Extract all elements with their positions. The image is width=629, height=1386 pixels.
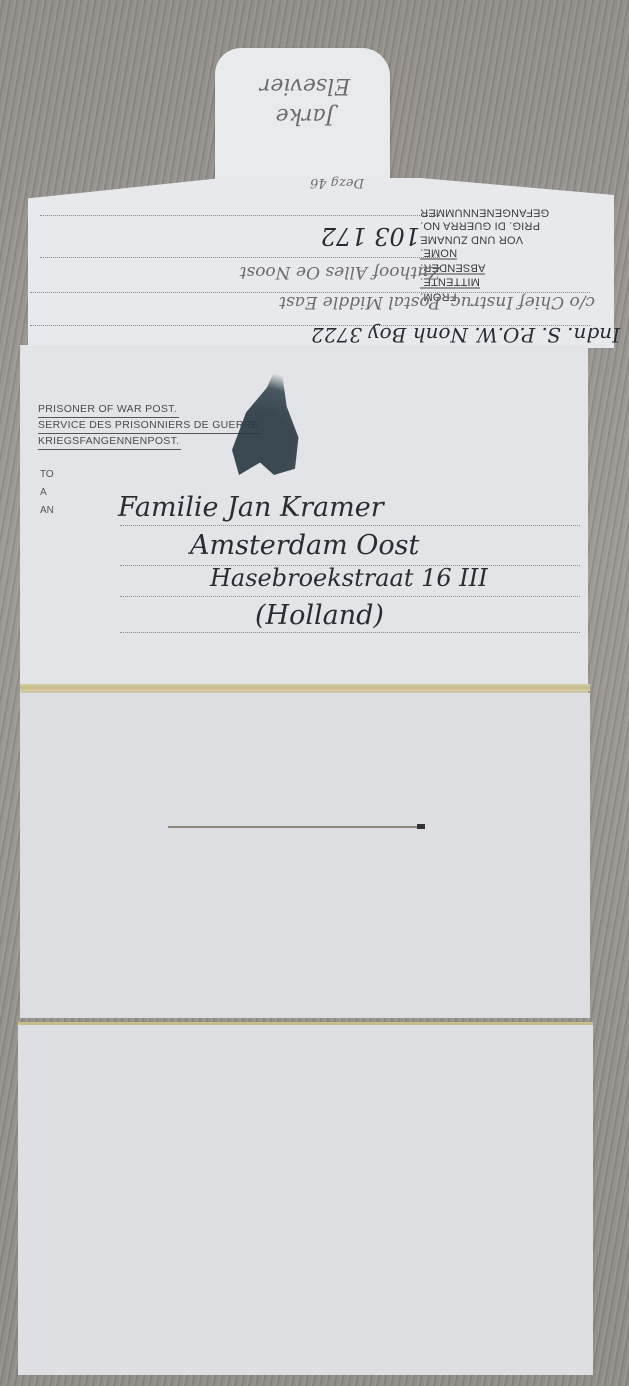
to-labels: TO A AN (40, 466, 54, 520)
sender-handwriting-line1: Indn. S. P.O.W. Nonh Boy 3722 (60, 323, 620, 347)
flap-pencil-note: Jarke Elsevier (230, 70, 380, 130)
sender-handwriting-line3: Zuthoof Alles Oe Noost (60, 262, 440, 282)
label-prig-di-guerra: PRIG. DI GUERRA NO. (420, 220, 540, 232)
label-a: A (40, 484, 54, 502)
dotted-rule (40, 257, 440, 258)
label-gefangenennummer: GEFANGENENNUMMER (420, 207, 549, 219)
dotted-rule (120, 525, 580, 526)
header-french: SERVICE DES PRISONNIERS DE GUERRE (38, 418, 261, 434)
sender-form-labels: FROM. MITTENTE. ABSENDER. NOME. VOR UND … (420, 205, 610, 303)
label-vor-und-zuname: VOR UND ZUNAME (420, 234, 523, 246)
date-note: Dezg 46 (310, 175, 364, 190)
prisoner-number: 103 172 (120, 222, 420, 250)
bottom-panel (18, 1022, 593, 1375)
header-german: KRIEGSFANGENNENPOST. (38, 434, 181, 450)
flap-note-line1: Jarke (230, 100, 380, 130)
recipient-line1: Familie Jan Kramer (118, 492, 384, 523)
label-nome: NOME. (420, 246, 457, 261)
inner-panel (20, 693, 590, 1018)
cut-slit (168, 826, 423, 828)
dotted-rule (120, 632, 580, 633)
recipient-line2: Amsterdam Oost (190, 530, 419, 561)
label-an: AN (40, 502, 54, 520)
dotted-rule (40, 215, 440, 216)
flap-note-line2: Elsevier (230, 70, 380, 100)
fold-crease (20, 684, 590, 691)
header-english: PRISONER OF WAR POST. (38, 402, 179, 418)
sender-handwriting-line2: c/o Chief Instruc. Postal Middle East (35, 292, 595, 312)
recipient-line4: (Holland) (255, 600, 384, 631)
recipient-line3: Hasebroekstraat 16 III (210, 564, 488, 592)
pow-post-header: PRISONER OF WAR POST. SERVICE DES PRISON… (38, 402, 261, 450)
label-to: TO (40, 466, 54, 484)
dotted-rule (120, 596, 580, 597)
